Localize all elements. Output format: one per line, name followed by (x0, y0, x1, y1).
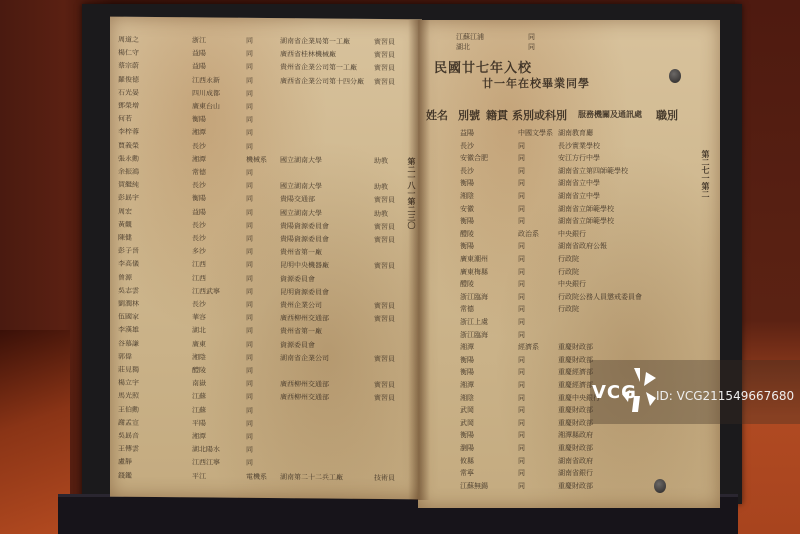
roster-name: 彭勗宇 (118, 193, 139, 203)
roster-dept: 同 (518, 418, 525, 428)
roster-origin: 華容 (192, 313, 206, 323)
roster-dept: 同 (246, 300, 253, 310)
pin-top-right (669, 69, 681, 83)
roster-dept: 同 (246, 273, 253, 283)
roster-row: 周道之浙江同湖南省企業局第一工廠實習員 (110, 35, 422, 47)
roster-employer: 廣西省桂林機械廠 (280, 49, 336, 59)
header-alias: 別號 (458, 110, 480, 121)
roster-employer: 湖南省立中學 (558, 178, 600, 188)
roster-origin: 浙江臨海 (460, 330, 488, 340)
roster-dept: 同 (518, 292, 525, 302)
roster-row: 曾源江西同資源委員會 (110, 272, 422, 284)
roster-name: 曾源 (118, 272, 132, 282)
roster-origin: 長沙 (192, 181, 206, 191)
roster-origin: 南嶽 (192, 379, 206, 389)
roster-dept: 同 (518, 456, 525, 466)
roster-dept: 同 (518, 355, 525, 365)
roster-title: 實習員 (374, 261, 395, 271)
roster-dept: 同 (518, 430, 525, 440)
roster-name: 周道之 (118, 35, 139, 45)
roster-title: 實習員 (374, 393, 395, 403)
roster-origin: 湘潭 (192, 154, 206, 164)
roster-dept: 經濟系 (518, 342, 539, 352)
roster-origin: 衡陽 (460, 241, 474, 251)
roster-origin: 湘潭 (192, 128, 206, 138)
roster-employer: 湖南省立師範學校 (558, 204, 614, 214)
roster-name: 錢鑑 (118, 470, 132, 480)
roster-origin: 浙江 (192, 35, 206, 45)
roster-origin: 益陽 (192, 49, 206, 59)
roster-origin: 多沙 (192, 247, 206, 257)
roster-employer: 貴州企業公司 (280, 300, 322, 310)
roster-row: 吳志雲江西武寧同昆明資源委員會 (110, 285, 422, 297)
roster-origin: 安徽合肥 (460, 153, 488, 163)
roster-employer: 貴陽資源委員會 (280, 234, 329, 244)
roster-row: 李梓蓉湘潭同 (110, 127, 422, 139)
roster-row: 安徽合肥同安江方行中學 (418, 153, 720, 162)
roster-employer: 重慶財政部 (558, 355, 593, 365)
roster-employer: 湖南省政府公報 (558, 241, 607, 251)
roster-origin: 衡陽 (192, 194, 206, 204)
roster-origin: 長沙 (460, 166, 474, 176)
roster-origin: 長沙 (192, 220, 206, 230)
roster-name: 李漢雄 (118, 325, 139, 335)
roster-dept: 同 (518, 241, 525, 251)
roster-dept: 同 (518, 481, 525, 491)
top-dept-1: 同 (528, 34, 535, 41)
roster-name: 羅俊德 (118, 74, 139, 84)
roster-row: 吳勗音湘潭同 (110, 431, 422, 443)
roster-dept: 同 (246, 260, 253, 270)
roster-origin: 廣東台山 (192, 101, 220, 111)
roster-row: 張永勳湘潭機械系國立湖南大學助教 (110, 153, 422, 165)
roster-name: 鄧榮增 (118, 101, 139, 111)
roster-row: 王傳雲湖北陽水同 (110, 444, 422, 456)
roster-dept: 同 (518, 443, 525, 453)
roster-row: 陳健長沙同貴陽資源委員會實習員 (110, 233, 422, 245)
roster-origin: 平江 (192, 471, 206, 481)
roster-dept: 同 (518, 380, 525, 390)
roster-employer: 國立湖南大學 (280, 181, 322, 191)
watermark-id: ID: VCG211549667680 (656, 389, 794, 403)
book-spine-fold (408, 20, 430, 500)
roster-row: 攸縣同湖南省政府 (418, 456, 720, 465)
roster-row: 彭勗宇衡陽同貴陽交通部實習員 (110, 193, 422, 205)
roster-employer: 貴州省第一廠 (280, 327, 322, 337)
roster-employer: 重慶財政部 (558, 481, 593, 491)
roster-name: 伍國家 (118, 312, 139, 322)
roster-employer: 中央銀行 (558, 229, 586, 239)
roster-row: 湘陰同湖南省立中學 (418, 191, 720, 200)
top-dept-2: 同 (528, 44, 535, 51)
roster-name: 劉潤林 (118, 299, 139, 309)
roster-dept: 同 (518, 330, 525, 340)
roster-employer: 湖南省銀行 (558, 468, 593, 478)
roster-origin: 湖北陽水 (192, 445, 220, 455)
roster-dept: 同 (246, 445, 253, 455)
roster-row: 郭偉湘陰同湖南省企業公司實習員 (110, 351, 422, 363)
roster-origin: 江西永新 (192, 75, 220, 85)
roster-dept: 同 (246, 115, 253, 125)
roster-row: 鄧榮增廣東台山同 (110, 101, 422, 113)
roster-origin: 衡陽 (460, 355, 474, 365)
roster-row: 石光晏四川成都同 (110, 87, 422, 99)
roster-employer: 廣西柳州交通部 (280, 313, 329, 323)
roster-row: 長沙同長沙實業學校 (418, 141, 720, 150)
roster-title: 實習員 (374, 235, 395, 245)
left-page: 第二一八一第二三〇 周道之浙江同湖南省企業局第一工廠實習員楊仁守益陽同廣西省桂林… (110, 17, 422, 500)
roster-employer: 湖南省立第四師範學校 (558, 166, 628, 176)
roster-row: 謝孟宣平陽同 (110, 417, 422, 429)
roster-dept: 同 (246, 62, 253, 72)
roster-dept: 同 (246, 247, 253, 257)
roster-origin: 醴陵 (460, 229, 474, 239)
roster-name: 王傳雲 (118, 444, 139, 454)
roster-dept: 政治系 (518, 229, 539, 239)
roster-name: 楊立宇 (118, 378, 139, 388)
roster-dept: 同 (246, 221, 253, 231)
roster-row: 何若衡陽同 (110, 114, 422, 126)
roster-employer: 重慶財政部 (558, 405, 593, 415)
roster-origin: 四川成都 (192, 88, 220, 98)
roster-dept: 同 (246, 353, 253, 363)
roster-row: 廣東潮州同行政院 (418, 254, 720, 263)
roster-name: 彭子晉 (118, 246, 139, 256)
roster-dept: 同 (518, 204, 525, 214)
roster-origin: 衡陽 (460, 216, 474, 226)
roster-dept: 同 (518, 279, 525, 289)
roster-title: 助教 (374, 182, 388, 192)
roster-row: 盧靜江西江寧同 (110, 457, 422, 469)
roster-origin: 長沙 (192, 141, 206, 151)
roster-row: 醴陵同中央銀行 (418, 279, 720, 288)
roster-dept: 同 (246, 128, 253, 138)
roster-title: 實習員 (374, 354, 395, 364)
roster-employer: 湖南省立師範學校 (558, 216, 614, 226)
roster-row: 醴陵政治系中央銀行 (418, 229, 720, 238)
roster-dept: 同 (246, 141, 253, 151)
header-dept: 系別或科別 (512, 110, 567, 121)
roster-title: 實習員 (374, 222, 395, 232)
roster-row: 黃觀長沙同貴陽資源委員會實習員 (110, 219, 422, 231)
roster-dept: 同 (246, 36, 253, 46)
roster-dept: 同 (246, 234, 253, 244)
roster-row: 賀繼純長沙同國立湖南大學助教 (110, 180, 422, 192)
roster-dept: 同 (246, 458, 253, 468)
roster-row: 賈義榮長沙同 (110, 140, 422, 152)
roster-name: 王伯勳 (118, 404, 139, 414)
roster-title: 實習員 (374, 380, 395, 390)
roster-employer: 昆明中央機器廠 (280, 261, 329, 271)
roster-dept: 同 (246, 326, 253, 336)
roster-title: 實習員 (374, 314, 395, 324)
roster-employer: 湖南省立中學 (558, 191, 600, 201)
roster-row: 伍國家華容同廣西柳州交通部實習員 (110, 312, 422, 324)
roster-employer: 湖南省政府 (558, 456, 593, 466)
roster-title: 實習員 (374, 63, 395, 73)
roster-title: 助教 (374, 209, 388, 219)
right-page: 江蘇江浦 同 湖北 同 民國廿七年入校 廿一年在校畢業同學 姓名 別號 籍貫 系… (418, 20, 720, 508)
roster-row: 羅俊德江西永新同廣西省企業公司第十四分廠實習員 (110, 74, 422, 86)
roster-dept: 同 (246, 287, 253, 297)
roster-employer: 廣西柳州交通部 (280, 379, 329, 389)
roster-origin: 醴陵 (192, 365, 206, 375)
roster-employer: 貴州省企業公司第一工廠 (280, 63, 357, 74)
roster-dept: 同 (246, 89, 253, 99)
roster-name: 張永勳 (118, 154, 139, 164)
roster-origin: 江蘇無錫 (460, 481, 488, 491)
roster-origin: 江西武寧 (192, 286, 220, 296)
header-origin: 籍貫 (486, 110, 508, 121)
roster-employer: 湖南省企業局第一工廠 (280, 36, 350, 47)
roster-dept: 同 (518, 191, 525, 201)
roster-dept: 同 (518, 304, 525, 314)
roster-dept: 同 (246, 75, 253, 85)
roster-origin: 湘陰 (460, 393, 474, 403)
roster-row: 劉潤林長沙同貴州企業公司實習員 (110, 299, 422, 311)
roster-title: 實習員 (374, 195, 395, 205)
roster-origin: 益陽 (192, 207, 206, 217)
roster-title: 實習員 (374, 77, 395, 87)
roster-origin: 常德 (460, 304, 474, 314)
roster-dept: 同 (246, 339, 253, 349)
roster-row: 余振鴻常德同 (110, 167, 422, 179)
roster-row: 錢鑑平江電機系湖南第二十二兵工廠技術員 (110, 470, 422, 482)
roster-name: 石光晏 (118, 88, 139, 98)
roster-dept: 同 (246, 313, 253, 323)
roster-origin: 廣東梅縣 (460, 267, 488, 277)
roster-employer: 昆明資源委員會 (280, 287, 329, 297)
roster-employer: 行政院公務人員懲戒委員會 (558, 292, 642, 302)
roster-employer: 長沙實業學校 (558, 141, 600, 151)
roster-dept: 機械系 (246, 155, 267, 165)
roster-employer: 貴陽資源委員會 (280, 221, 329, 231)
roster-name: 楊仁守 (118, 48, 139, 58)
roster-employer: 重慶經濟部 (558, 367, 593, 377)
roster-row: 莊見獨醴陵同 (110, 365, 422, 377)
roster-origin: 長沙 (460, 141, 474, 151)
roster-name: 余振鴻 (118, 167, 139, 177)
roster-dept: 同 (518, 254, 525, 264)
roster-origin: 湘潭 (460, 342, 474, 352)
roster-row: 王伯勳江蘇同 (110, 404, 422, 416)
roster-name: 李梓蓉 (118, 127, 139, 137)
roster-row: 楊立宇南嶽同廣西柳州交通部實習員 (110, 378, 422, 390)
roster-origin: 武岡 (460, 405, 474, 415)
roster-origin: 益陽 (460, 128, 474, 138)
top-origin-2: 湖北 (456, 44, 470, 51)
roster-row: 長沙同湖南省立第四師範學校 (418, 166, 720, 175)
document-title-line2: 廿一年在校畢業同學 (482, 78, 590, 89)
roster-dept: 電機系 (246, 471, 267, 481)
roster-name: 賀繼純 (118, 180, 139, 190)
roster-row: 李高儀江西同昆明中央機器廠實習員 (110, 259, 422, 271)
roster-dept: 同 (518, 367, 525, 377)
roster-employer: 安江方行中學 (558, 153, 600, 163)
roster-dept: 同 (246, 194, 253, 204)
roster-dept: 同 (246, 49, 253, 59)
roster-origin: 江蘇 (192, 405, 206, 415)
roster-origin: 長沙 (192, 299, 206, 309)
roster-employer: 資源委員會 (280, 340, 315, 350)
roster-dept: 同 (246, 181, 253, 191)
roster-row: 浙江臨海同行政院公務人員懲戒委員會 (418, 292, 720, 301)
roster-dept: 同 (246, 102, 253, 112)
roster-employer: 湖南第二十二兵工廠 (280, 472, 343, 483)
roster-employer: 湖南省企業公司 (280, 353, 329, 363)
roster-row: 湘潭經濟系重慶財政部 (418, 342, 720, 351)
roster-origin: 常寧 (460, 468, 474, 478)
roster-dept: 同 (246, 366, 253, 376)
roster-origin: 安徽 (460, 204, 474, 214)
roster-name: 謝孟宣 (118, 418, 139, 428)
roster-title: 實習員 (374, 50, 395, 60)
roster-employer: 貴陽交通部 (280, 195, 315, 205)
roster-origin: 湖北 (192, 326, 206, 336)
roster-row: 常寧同湖南省銀行 (418, 468, 720, 477)
roster-origin: 衡陽 (192, 115, 206, 125)
roster-employer: 國立湖南大學 (280, 208, 322, 218)
header-position: 職別 (656, 110, 678, 121)
roster-origin: 武岡 (460, 418, 474, 428)
roster-name: 賈義榮 (118, 140, 139, 150)
roster-employer: 重慶經濟部 (558, 380, 593, 390)
roster-row: 安徽同湖南省立師範學校 (418, 204, 720, 213)
roster-name: 蔡宗蔚 (118, 61, 139, 71)
roster-name: 周宏 (118, 206, 132, 216)
roster-title: 助教 (374, 156, 388, 166)
roster-title: 技術員 (374, 473, 395, 483)
roster-employer: 廣西省企業公司第十四分廠 (280, 76, 364, 87)
roster-row: 楊仁守益陽同廣西省桂林機械廠實習員 (110, 48, 422, 60)
roster-origin: 常德 (192, 167, 206, 177)
roster-employer: 重慶財政部 (558, 418, 593, 428)
roster-name: 盧靜 (118, 457, 132, 467)
roster-origin: 廣東 (192, 339, 206, 349)
roster-origin: 廣東潮州 (460, 254, 488, 264)
roster-origin: 平陽 (192, 418, 206, 428)
watermark-logo-text: VCG (592, 382, 637, 403)
roster-origin: 湘陰 (460, 191, 474, 201)
roster-row: 馬光照江蘇同廣西柳州交通部實習員 (110, 391, 422, 403)
roster-origin: 瀏陽 (460, 443, 474, 453)
roster-row: 廣東梅縣同行政院 (418, 267, 720, 276)
roster-origin: 益陽 (192, 62, 206, 72)
roster-origin: 湘陰 (192, 352, 206, 362)
roster-origin: 攸縣 (460, 456, 474, 466)
pin-bottom-right (654, 479, 666, 493)
roster-dept: 同 (246, 379, 253, 389)
roster-origin: 江西江寧 (192, 458, 220, 468)
roster-origin: 浙江臨海 (460, 292, 488, 302)
roster-origin: 衡陽 (460, 430, 474, 440)
roster-origin: 醴陵 (460, 279, 474, 289)
roster-row: 浙江上虞同 (418, 317, 720, 326)
roster-row: 谷慕謙廣東同資源委員會 (110, 338, 422, 350)
document-title-line1: 民國廿七年入校 (434, 62, 532, 75)
roster-row: 衡陽同湘潭縣政府 (418, 430, 720, 439)
roster-dept: 同 (518, 393, 525, 403)
roster-name: 吳勗音 (118, 431, 139, 441)
roster-dept: 中國文學系 (518, 128, 553, 138)
roster-name: 陳健 (118, 233, 132, 243)
roster-row: 李漢雄湖北同貴州省第一廠 (110, 325, 422, 337)
roster-name: 吳志雲 (118, 286, 139, 296)
roster-employer: 國立湖南大學 (280, 155, 322, 165)
roster-name: 莊見獨 (118, 365, 139, 375)
roster-dept: 同 (518, 267, 525, 277)
roster-dept: 同 (246, 392, 253, 402)
roster-row: 浙江臨海同 (418, 330, 720, 339)
roster-dept: 同 (246, 168, 253, 178)
roster-origin: 湘潭 (460, 380, 474, 390)
roster-row: 衡陽同湖南省立中學 (418, 178, 720, 187)
roster-row: 衡陽同湖南省政府公報 (418, 241, 720, 250)
roster-origin: 江蘇 (192, 392, 206, 402)
roster-row: 益陽中國文學系湖南教育廳 (418, 128, 720, 137)
roster-row: 周宏益陽同國立湖南大學助教 (110, 206, 422, 218)
roster-row: 江蘇無錫同重慶財政部 (418, 481, 720, 490)
roster-employer: 行政院 (558, 304, 579, 314)
roster-origin: 江西 (192, 273, 206, 283)
roster-row: 瀏陽同重慶財政部 (418, 443, 720, 452)
roster-origin: 湘潭 (192, 431, 206, 441)
roster-employer: 重慶財政部 (558, 443, 593, 453)
header-employer: 服務機關及通訊處 (578, 110, 642, 118)
roster-name: 馬光照 (118, 391, 139, 401)
roster-name: 黃觀 (118, 220, 132, 230)
roster-origin: 江西 (192, 260, 206, 270)
roster-employer: 貴州省第一廠 (280, 247, 322, 257)
roster-name: 李高儀 (118, 259, 139, 269)
roster-employer: 湖南教育廳 (558, 128, 593, 138)
roster-dept: 同 (518, 153, 525, 163)
roster-employer: 行政院 (558, 254, 579, 264)
roster-employer: 行政院 (558, 267, 579, 277)
roster-row: 衡陽同湖南省立師範學校 (418, 216, 720, 225)
roster-title: 實習員 (374, 301, 395, 311)
roster-employer: 資源委員會 (280, 274, 315, 284)
roster-name: 何若 (118, 114, 132, 124)
roster-employer: 廣西柳州交通部 (280, 393, 329, 403)
roster-name: 郭偉 (118, 352, 132, 362)
roster-employer: 湘潭縣政府 (558, 430, 593, 440)
roster-dept: 同 (518, 178, 525, 188)
roster-title: 實習員 (374, 37, 395, 47)
roster-employer: 中央銀行 (558, 279, 586, 289)
roster-dept: 同 (246, 405, 253, 415)
roster-dept: 同 (518, 405, 525, 415)
roster-origin: 長沙 (192, 233, 206, 243)
roster-origin: 衡陽 (460, 178, 474, 188)
roster-dept: 同 (518, 317, 525, 327)
roster-origin: 浙江上虞 (460, 317, 488, 327)
roster-dept: 同 (246, 419, 253, 429)
roster-dept: 同 (246, 432, 253, 442)
roster-dept: 同 (246, 207, 253, 217)
roster-dept: 同 (518, 216, 525, 226)
wall-background-right (735, 0, 800, 534)
roster-row: 彭子晉多沙同貴州省第一廠 (110, 246, 422, 258)
roster-row: 蔡宗蔚益陽同貴州省企業公司第一工廠實習員 (110, 61, 422, 73)
roster-name: 谷慕謙 (118, 338, 139, 348)
roster-dept: 同 (518, 468, 525, 478)
roster-employer: 重慶財政部 (558, 342, 593, 352)
roster-row: 常德同行政院 (418, 304, 720, 313)
top-origin-1: 江蘇江浦 (456, 34, 484, 41)
roster-dept: 同 (518, 166, 525, 176)
roster-origin: 衡陽 (460, 367, 474, 377)
